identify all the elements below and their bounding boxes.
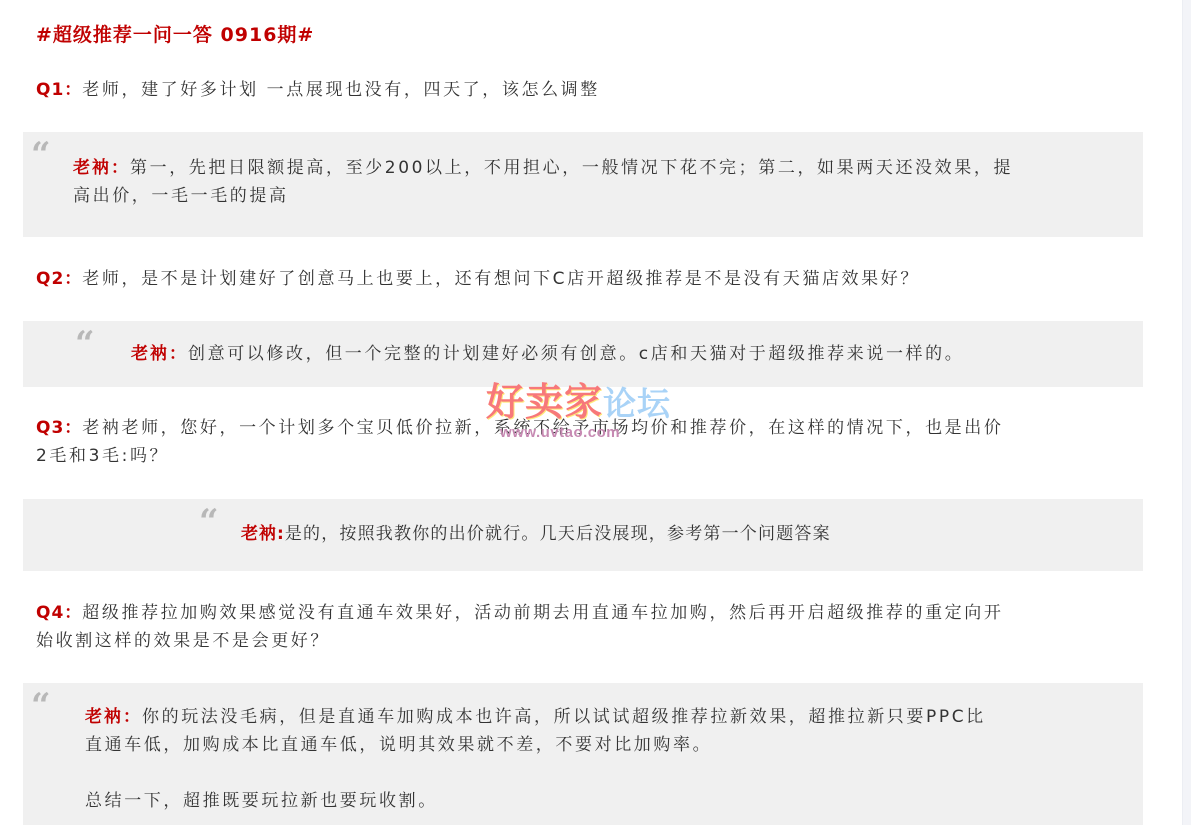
answer-text: 老衲:是的，按照我教你的出价就行。几天后没展现，参考第一个问题答案 — [241, 520, 1141, 548]
quote-icon: “ — [31, 689, 51, 723]
answer-box-4: “ 老衲：你的玩法没毛病，但是直通车加购成本也许高，所以试试超级推荐拉新效果，超… — [23, 683, 1143, 825]
question-label: Q3： — [36, 418, 82, 438]
answer-box-3: “ 老衲:是的，按照我教你的出价就行。几天后没展现，参考第一个问题答案 — [23, 499, 1143, 571]
question-4: Q4：超级推荐拉加购效果感觉没有直通车效果好，活动前期去用直通车拉加购，然后再开… — [36, 599, 1136, 655]
question-label: Q2： — [36, 269, 82, 289]
question-label: Q1： — [36, 80, 82, 100]
question-label: Q4： — [36, 603, 82, 623]
answer-label: 老衲: — [241, 524, 285, 544]
quote-icon: “ — [31, 138, 51, 172]
question-3: Q3：老衲老师，您好，一个计划多个宝贝低价拉新，系统不给予市场均价和推荐价，在这… — [36, 414, 1136, 470]
answer-text: 老衲：第一，先把日限额提高，至少200以上，不用担心，一般情况下花不完；第二，如… — [73, 154, 1133, 210]
answer-text: 老衲：你的玩法没毛病，但是直通车加购成本也许高，所以试试超级推荐拉新效果，超推拉… — [85, 703, 1135, 815]
answer-label: 老衲： — [73, 158, 130, 178]
question-text: 超级推荐拉加购效果感觉没有直通车效果好，活动前期去用直通车拉加购，然后再开启超级… — [82, 603, 1003, 623]
answer-box-1: “ 老衲：第一，先把日限额提高，至少200以上，不用担心，一般情况下花不完；第二… — [23, 132, 1143, 237]
question-1: Q1：老师，建了好多计划 一点展现也没有，四天了，该怎么调整 — [36, 76, 1136, 104]
question-text: 老师，是不是计划建好了创意马上也要上，还有想问下C店开超级推荐是不是没有天猫店效… — [82, 269, 920, 289]
answer-label: 老衲： — [131, 344, 188, 364]
question-2: Q2：老师，是不是计划建好了创意马上也要上，还有想问下C店开超级推荐是不是没有天… — [36, 265, 1136, 293]
quote-icon: “ — [75, 327, 95, 361]
question-text: 老衲老师，您好，一个计划多个宝贝低价拉新，系统不给予市场均价和推荐价，在这样的情… — [82, 418, 1003, 438]
answer-label: 老衲： — [85, 707, 142, 727]
quote-icon: “ — [199, 505, 219, 539]
answer-box-2: “ 老衲：创意可以修改，但一个完整的计划建好必须有创意。c店和天猫对于超级推荐来… — [23, 321, 1143, 387]
answer-text: 老衲：创意可以修改，但一个完整的计划建好必须有创意。c店和天猫对于超级推荐来说一… — [131, 340, 1131, 368]
article-title: #超级推荐一问一答 0916期# — [36, 20, 314, 47]
summary-text: 总结一下，超推既要玩拉新也要玩收割。 — [85, 791, 438, 811]
question-text: 老师，建了好多计划 一点展现也没有，四天了，该怎么调整 — [82, 80, 600, 100]
vertical-scrollbar[interactable] — [1182, 0, 1191, 825]
